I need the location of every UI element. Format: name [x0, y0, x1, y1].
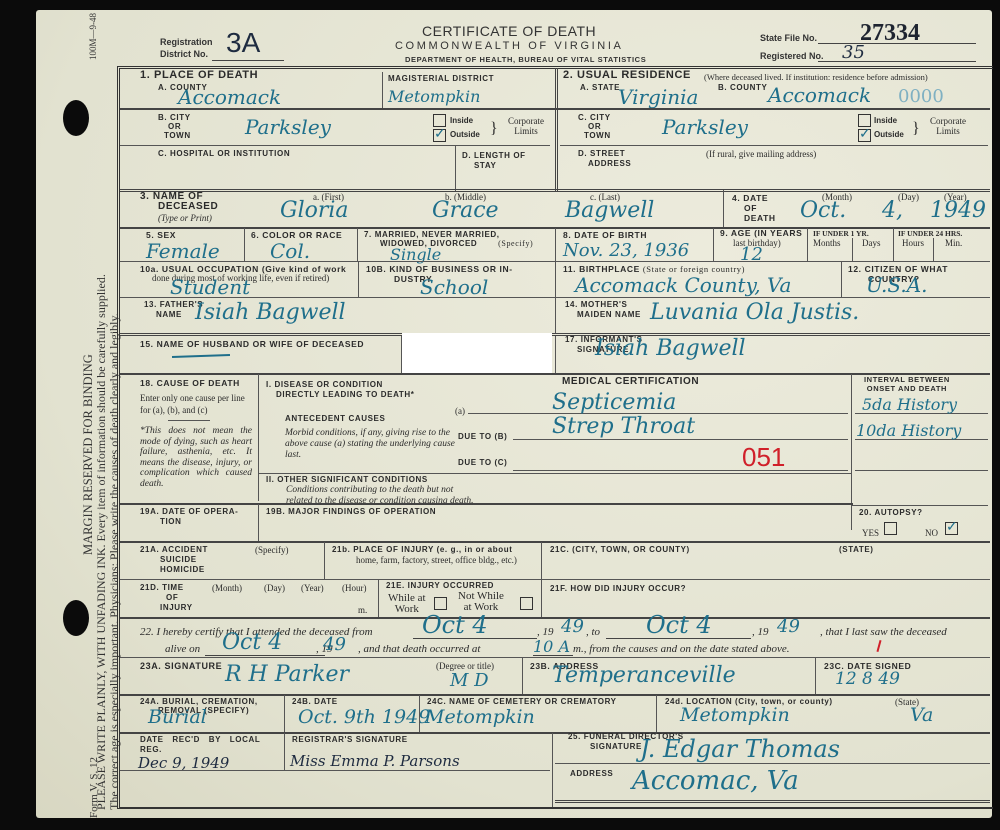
- citizenship: U.S.A.: [866, 274, 928, 296]
- residence-county: Accomack: [768, 84, 871, 106]
- cause-footnote: *This does not mean the mode of dying, s…: [140, 426, 252, 489]
- date-signed: 12 8 49: [835, 668, 900, 690]
- occupation: Student: [170, 276, 250, 298]
- funeral-director-signature: J. Edgar Thomas: [640, 738, 840, 760]
- burial-location: Metompkin: [680, 704, 790, 726]
- not-while-at-work-checkbox[interactable]: [520, 597, 533, 610]
- death-county: Accomack: [178, 86, 281, 108]
- deceased-first-name: Gloria: [280, 200, 349, 222]
- magisterial-district: Metompkin: [388, 86, 480, 108]
- burial-state: Va: [910, 704, 933, 726]
- attended-from-date: Oct 4: [422, 614, 488, 636]
- registered-label: Registered No.: [760, 51, 824, 61]
- cemetery-name: Metompkin: [425, 706, 535, 728]
- attended-from-year: 49: [561, 616, 584, 638]
- while-at-work-checkbox[interactable]: [434, 597, 447, 610]
- state-file-label: State File No.: [760, 33, 817, 43]
- father-name: Isiah Bagwell: [195, 302, 346, 324]
- death-year: 1949: [930, 200, 986, 222]
- death-time: 10 A: [533, 636, 570, 658]
- residence-county-code: 0000: [898, 86, 944, 108]
- department-name: DEPARTMENT OF HEALTH, BUREAU OF VITAL ST…: [405, 55, 646, 64]
- registrar-signature: Miss Emma P. Parsons: [290, 750, 460, 772]
- age: 12: [740, 244, 763, 266]
- death-day: 4,: [882, 200, 903, 222]
- interval-b: 10da History: [856, 420, 961, 442]
- deceased-middle-name: Grace: [432, 200, 499, 222]
- attended-to-year: 49: [777, 616, 800, 638]
- registration-district: 3A: [226, 32, 260, 54]
- death-month: Oct.: [800, 200, 846, 222]
- burial-date: Oct. 9th 1949: [298, 706, 430, 728]
- physician-degree: M D: [450, 670, 489, 692]
- date-of-birth: Nov. 23, 1936: [563, 240, 689, 262]
- registration-label: Registration District No.: [160, 36, 213, 60]
- residence-outside-limits-checkbox[interactable]: [858, 129, 871, 142]
- sex: Female: [146, 240, 220, 262]
- state-file-number: 27334: [860, 20, 920, 47]
- binding-hole: [63, 600, 89, 636]
- attended-to-date: Oct 4: [646, 614, 712, 636]
- funeral-director-address: Accomac, Va: [632, 770, 799, 792]
- autopsy-yes-checkbox[interactable]: [884, 522, 897, 535]
- usual-residence-label: 2. USUAL RESIDENCE: [563, 70, 691, 80]
- cause-a: Septicemia: [552, 392, 676, 414]
- place-of-death-label: 1. PLACE OF DEATH: [140, 70, 258, 80]
- last-seen-alive-date: Oct 4: [222, 632, 282, 654]
- death-outside-limits-checkbox[interactable]: [433, 129, 446, 142]
- physician-address: Temperanceville: [552, 665, 736, 687]
- interval-a: 5da History: [862, 394, 957, 416]
- certificate-title: CERTIFICATE OF DEATH: [422, 23, 596, 39]
- deceased-last-name: Bagwell: [565, 200, 654, 222]
- print-code: 100M—9-48: [88, 13, 98, 60]
- marital-status: Single: [390, 244, 441, 266]
- informant-signature: Isiah Bagwell: [595, 338, 746, 360]
- birthplace: Accomack County, Va: [575, 274, 791, 296]
- physician-signature: R H Parker: [225, 664, 349, 686]
- death-city: Parksley: [245, 116, 331, 138]
- mother-maiden-name: Luvania Ola Justis.: [650, 302, 859, 324]
- residence-state: Virginia: [618, 86, 698, 108]
- business: School: [420, 276, 488, 298]
- certificate-subtitle: COMMONWEALTH OF VIRGINIA: [395, 40, 623, 52]
- cause-b: Strep Throat: [552, 416, 695, 438]
- cause-code: 051: [742, 446, 785, 468]
- residence-city: Parksley: [662, 116, 748, 138]
- race: Col.: [270, 240, 310, 262]
- binding-hole: [63, 100, 89, 136]
- autopsy-no-checkbox[interactable]: [945, 522, 958, 535]
- medical-certification-title: MEDICAL CERTIFICATION: [562, 377, 699, 387]
- last-seen-alive-year: 49: [323, 634, 346, 656]
- redacted-field: [402, 333, 552, 373]
- disposition: Burial: [148, 706, 207, 728]
- registered-number: 35: [842, 42, 865, 64]
